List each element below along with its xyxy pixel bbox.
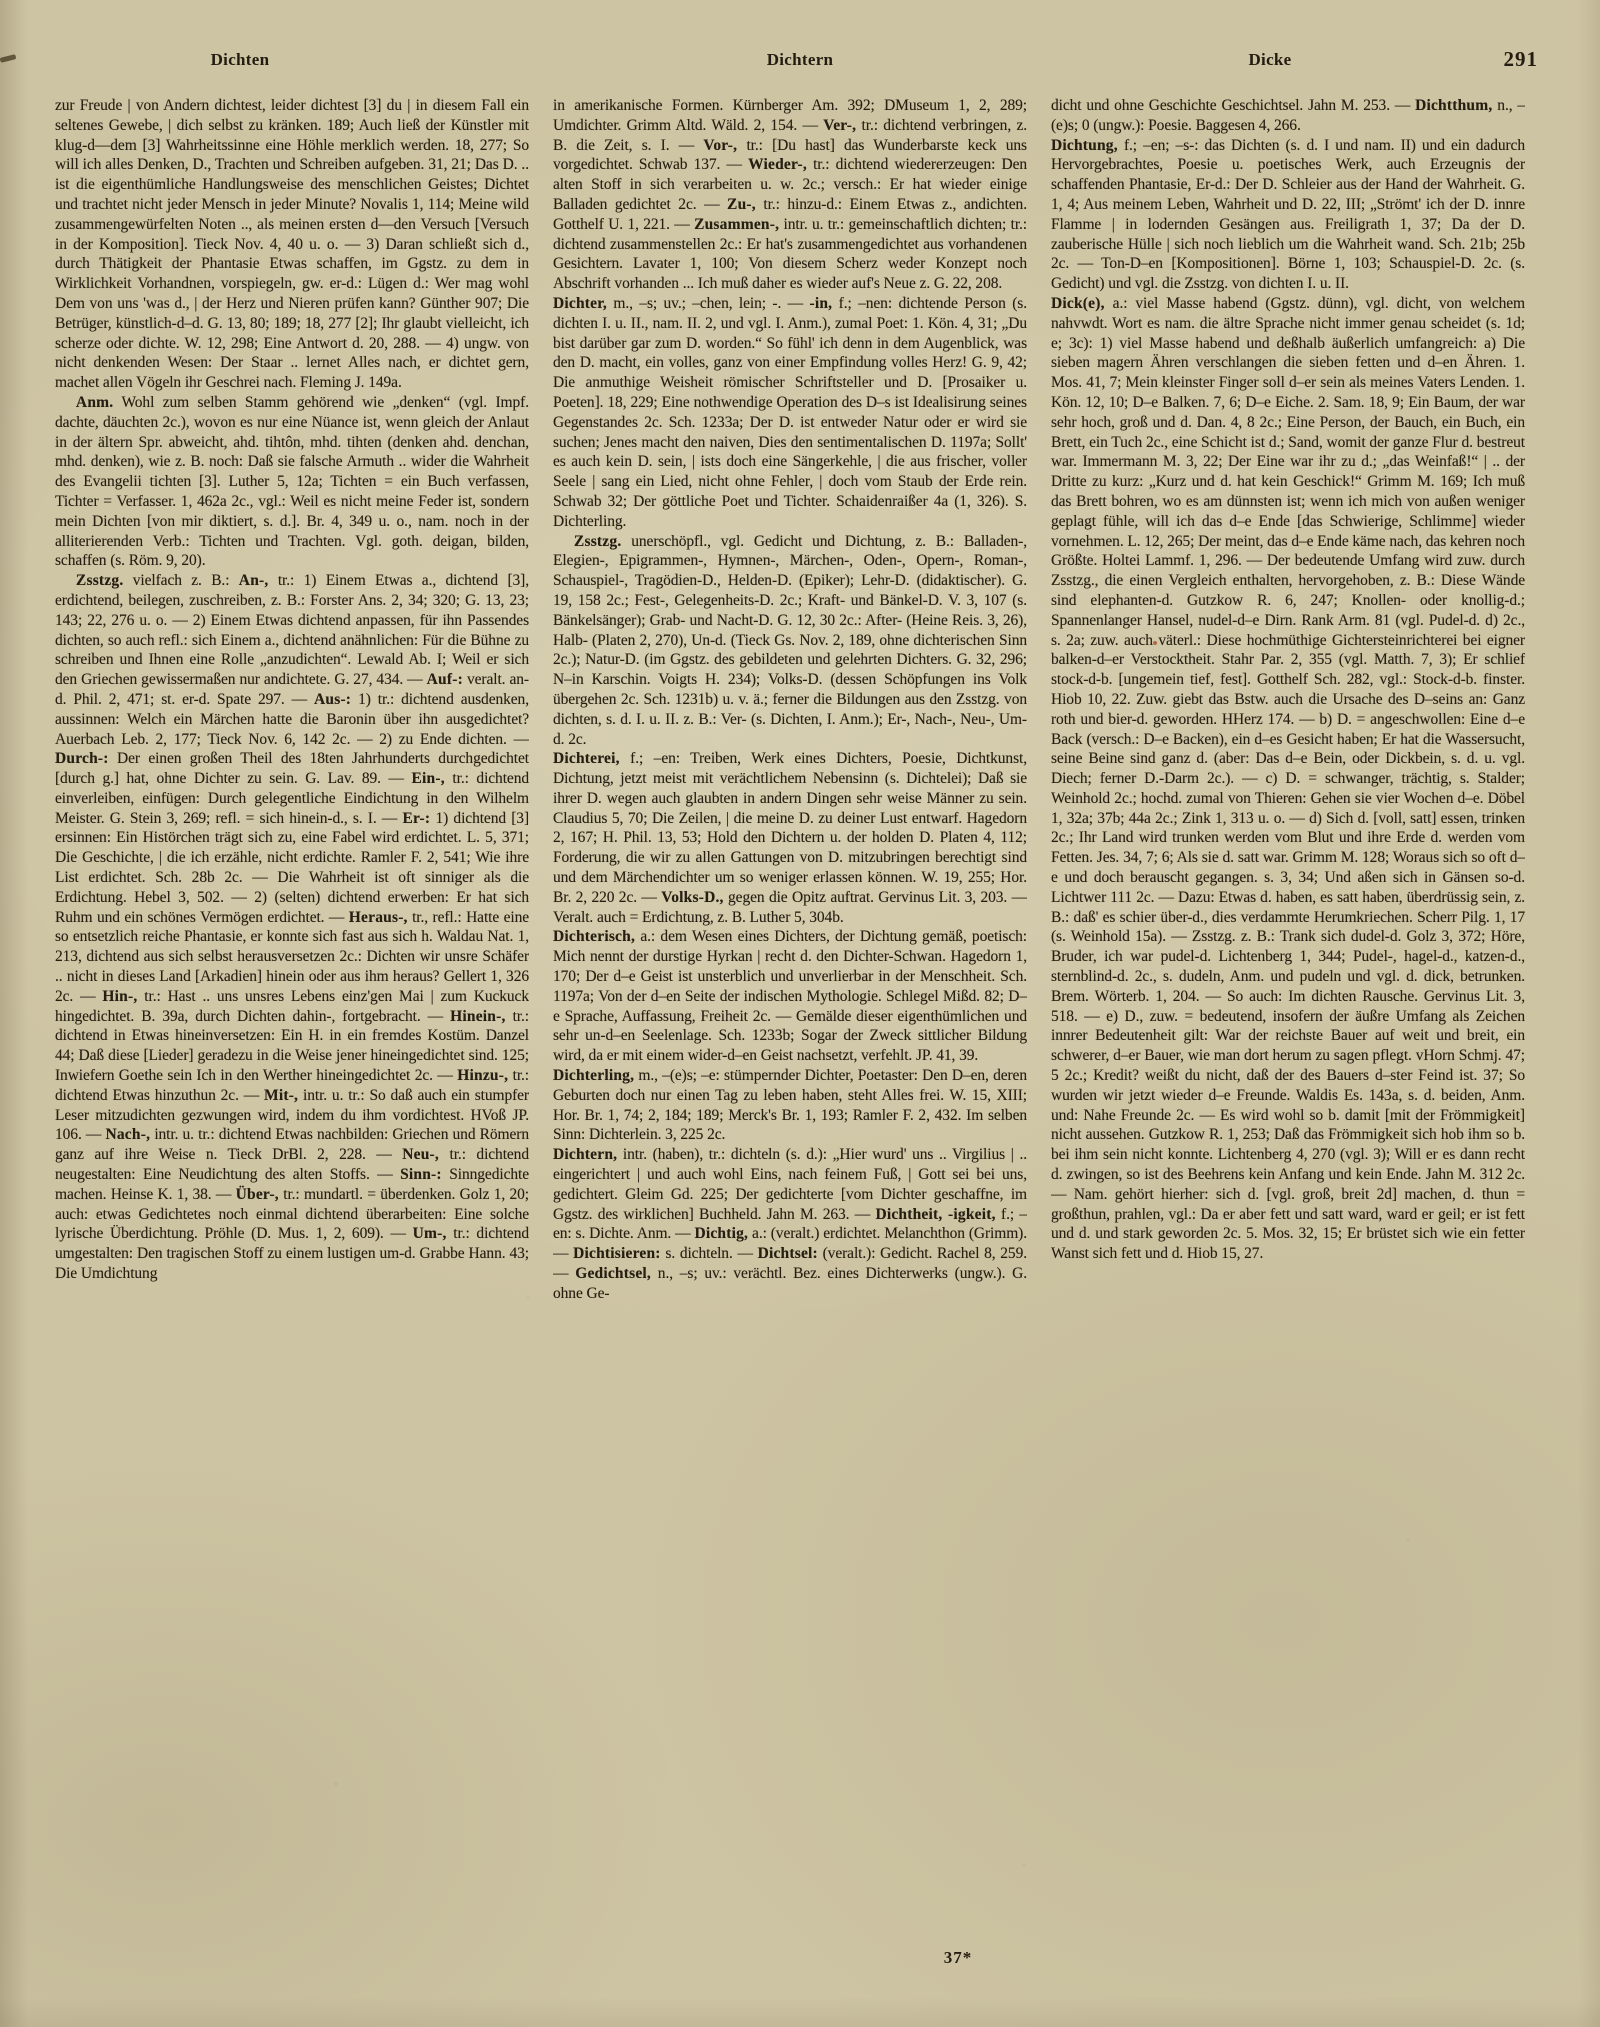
headword: Um-, [413, 1225, 447, 1242]
headword: Auf-: [427, 671, 463, 688]
headword: Neu-, [402, 1146, 439, 1163]
paragraph: Dichterisch, a.: dem Wesen eines Dichter… [553, 927, 1027, 1066]
body-text: vielfach z. B.: [123, 572, 238, 589]
page-number: 291 [1504, 47, 1539, 72]
headword: Dichtung, [1051, 137, 1118, 154]
headword: Dichtern, [553, 1146, 617, 1163]
headword: An-, [239, 572, 269, 589]
headword: Dick(e), [1051, 295, 1105, 312]
headword: Aus-: [314, 691, 351, 708]
signature-mark: 37* [918, 1948, 998, 1968]
paragraph: Dichterei, f.; –en: Treiben, Werk eines … [553, 749, 1027, 927]
running-head-center: Dichtern [660, 50, 940, 70]
headword: Er-: [403, 810, 431, 827]
body-text: a.: viel Masse habend (Ggstz. dünn), vgl… [1051, 295, 1525, 1262]
text-columns: zur Freude | von Andern dichtest, leider… [55, 96, 1547, 1960]
headword: Dichtig, [694, 1225, 748, 1242]
body-text: f.; –nen: dichtende Person (s. dichten I… [553, 295, 1027, 530]
body-text: f.; –en; –s-: das Dichten (s. d. I und n… [1051, 137, 1525, 293]
headword: Gedichtsel, [575, 1265, 651, 1282]
headword: Hinein-, [450, 1008, 505, 1025]
headword: Dichterisch, [553, 928, 635, 945]
headword: Dichterling, [553, 1067, 634, 1084]
paragraph: Dichtern, intr. (haben), tr.: dichteln (… [553, 1145, 1027, 1303]
headword: Dichterei, [553, 750, 620, 767]
headword: Vor-, [703, 137, 737, 154]
headword: Nach-, [105, 1126, 150, 1143]
headword: Dichtisieren: [573, 1245, 661, 1262]
body-text: f.; –en: Treiben, Werk eines Dichters, P… [553, 750, 1027, 906]
text-column-3: dicht und ohne Geschichte Geschichtsel. … [1051, 96, 1525, 1960]
paragraph: Anm. Wohl zum selben Stamm gehörend wie … [55, 393, 529, 571]
body-text: s. dichteln. — [661, 1245, 758, 1262]
headword: Zu-, [727, 196, 756, 213]
running-head-right: Dicke [1170, 50, 1370, 70]
body-text: m., –s; uv.; –chen, lein; -. — [607, 295, 809, 312]
headword: Sinn-: [400, 1166, 442, 1183]
headword: Ein-, [412, 770, 445, 787]
body-text: Wohl zum selben Stamm gehörend wie „denk… [55, 394, 529, 569]
body-text: unerschöpfl., vgl. Gedicht und Dichtung,… [553, 533, 1027, 748]
running-head-left: Dichten [120, 50, 360, 70]
text-column-1: zur Freude | von Andern dichtest, leider… [55, 96, 529, 1960]
paragraph: Zsstzg. unerschöpfl., vgl. Gedicht und D… [553, 532, 1027, 750]
paragraph: in amerikanische Formen. Kürnberger Am. … [553, 96, 1027, 294]
scanned-dictionary-page: Dichten Dichtern Dicke 291 zur Freude | … [0, 0, 1600, 2027]
headword: Dichter, [553, 295, 607, 312]
text-column-2: in amerikanische Formen. Kürnberger Am. … [553, 96, 1027, 1960]
headword: Heraus-, [349, 909, 408, 926]
headword: Durch-: [55, 750, 109, 767]
paragraph: dicht und ohne Geschichte Geschichtsel. … [1051, 96, 1525, 136]
paragraph: Dick(e), a.: viel Masse habend (Ggstz. d… [1051, 294, 1525, 1264]
paragraph: Dichterling, m., –(e)s; –e: stümpernder … [553, 1066, 1027, 1145]
headword: Zsstzg. [574, 533, 621, 550]
headword: Zsstzg. [76, 572, 123, 589]
headword: Ver-, [823, 117, 856, 134]
running-head: Dichten Dichtern Dicke 291 [0, 50, 1600, 76]
paragraph: Dichter, m., –s; uv.; –chen, lein; -. — … [553, 294, 1027, 532]
headword: Volks-D., [661, 889, 723, 906]
headword: Mit-, [264, 1087, 298, 1104]
body-text: dicht und ohne Geschichte Geschichtsel. … [1051, 97, 1415, 114]
headword: -in, [809, 295, 832, 312]
headword: Dichtthum, [1415, 97, 1492, 114]
paragraph: Zsstzg. vielfach z. B.: An-, tr.: 1) Ein… [55, 571, 529, 1284]
headword: Zusammen-, [694, 216, 779, 233]
headword: Hin-, [102, 988, 137, 1005]
headword: Hinzu-, [457, 1067, 508, 1084]
headword: Wieder-, [748, 156, 807, 173]
body-text: zur Freude | von Andern dichtest, leider… [55, 97, 529, 391]
headword: Dichtsel: [758, 1245, 818, 1262]
headword: Über-, [236, 1186, 279, 1203]
paragraph: zur Freude | von Andern dichtest, leider… [55, 96, 529, 393]
headword: Anm. [76, 394, 113, 411]
headword: Dichtheit, -igkeit, [875, 1206, 995, 1223]
paragraph: Dichtung, f.; –en; –s-: das Dichten (s. … [1051, 136, 1525, 294]
body-text: a.: dem Wesen eines Dichters, der Dichtu… [553, 928, 1027, 1064]
